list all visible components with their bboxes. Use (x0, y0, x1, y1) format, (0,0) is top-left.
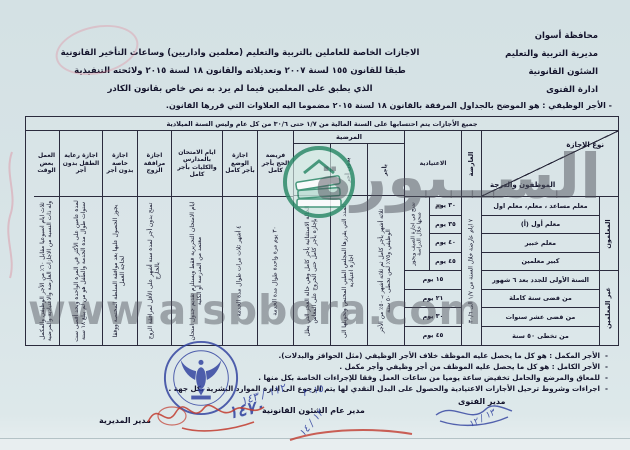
group-non-teachers: غير المعلمين (600, 271, 618, 345)
signature-scribble-icon (432, 399, 518, 429)
regular-days-cell: ١٥ يوم (405, 271, 461, 290)
diagonal-label-employees-grade: الموظفون والدرجة (490, 181, 555, 189)
table-row: معلم خبير (482, 234, 599, 253)
sick-paid-subcolumn: بأجر ثلاثة أشهر بأجر كامل ثم ثلاثة أشهر … (367, 144, 404, 345)
table-row: معلم مساعد ، معلم، معلم اول (482, 197, 599, 216)
table-row: من تخطى ٥٠ سنة (482, 327, 599, 346)
functional-wage-note: - الأجر الوظيفي : هو الموضح بالجداول الم… (12, 101, 612, 110)
column-child-care-leave: اجازة رعاية الطفل بدون أجر لمدة عامين عل… (59, 131, 102, 345)
regular-days-cell: ٤٥ يوم (429, 253, 461, 272)
column-spouse-accompaniment: اجازة مرافقة الزوج تمنح بدون أجر لمدة ست… (137, 131, 171, 345)
signature-scribble-icon (142, 394, 272, 438)
special-unpaid-cell: يجوز الحصول عليها بعد موافقة السلطة المخ… (103, 197, 137, 345)
org-line-directorate: مديرية التربية والتعليم (448, 45, 598, 63)
scanned-document: محافظة أسوان مديرية التربية والتعليم الش… (0, 0, 630, 450)
casual-leave-header: العارضة (462, 131, 481, 197)
org-line-legal-affairs: الشئون القانونية (448, 63, 598, 81)
title-line-3: الذي يطبق على المعلمين فيما لم يرد به نص… (30, 80, 450, 98)
bullet-dash: - (605, 373, 608, 382)
sick-paid-cell: ثلاثة أشهر بأجر كامل ثم ثلاثة أشهر بـ ٥٠… (368, 196, 404, 345)
table-row: من قضى سنة كاملة (482, 290, 599, 309)
regular-leave-summer-note: تمنح في اجازة الصيف ويجوز منحها خلال الد… (405, 197, 429, 271)
column-part-time-work: العمل بعض الوقت ثلاث ايام اسبوعيا مقابل … (34, 131, 59, 345)
table-row: كبير معلمين (482, 253, 599, 272)
table-row: السنة الأولى للجدد بعد ٦ شهور (482, 271, 599, 290)
note-text: للمعاق والمرضع والحامل تخفيض ساعة يوميا … (258, 373, 600, 382)
group-teachers: المعلمون (600, 197, 618, 271)
regular-days-cell: ٣٠ يوم (405, 308, 461, 327)
casual-leave-cell: ٧ ايام عارضة خلال السنة من ١/٧ الى ٣٠/٦ (462, 197, 481, 345)
row-labels: معلم مساعد ، معلم، معلم اول معلم أول (أ)… (482, 197, 599, 345)
spouse-accompaniment-header: اجازة مرافقة الزوج (138, 131, 171, 197)
column-maternity-leave: اجازة الوضع بأجر كامل ٤ أشهر ثلاث مرات ط… (222, 131, 257, 345)
sick-paid-subheader: بأجر (368, 144, 404, 196)
row-label-body: المعلمون غير المعلمين معلم مساعد ، معلم،… (482, 197, 618, 345)
alsbbora-logo-icon (282, 139, 356, 225)
child-care-header: اجازة رعاية الطفل بدون أجر (60, 131, 102, 197)
regular-days-cell: ٤٠ يوم (429, 234, 461, 253)
diagonal-header-cell: نوع الاجازة الموظفون والدرجة (482, 131, 618, 197)
faint-ink-mark-icon (2, 150, 22, 280)
column-leave-type: نوع الاجازة الموظفون والدرجة المعلمون غي… (481, 131, 618, 345)
regular-days-cell: ٣٥ يوم (429, 216, 461, 235)
exam-days-cell: ايام الامتحان التحريرية فقط ويستلزم تقدي… (172, 197, 222, 345)
part-time-cell: ثلاث ايام اسبوعيا مقابل ٦٠٪ من الأجر الو… (34, 197, 59, 345)
spouse-accompaniment-cell: تمنح بدون أجر لمدة ستة أشهر على الأقل لم… (138, 197, 171, 345)
exam-days-header: ايام الامتحان بالمدارس والكليات بأجر كام… (172, 131, 222, 197)
child-care-cell: لمدة عامين على الأكثر في المرة الواحدة و… (60, 197, 102, 345)
org-line-governorate: محافظة أسوان (448, 27, 598, 45)
column-exam-days: ايام الامتحان بالمدارس والكليات بأجر كام… (171, 131, 222, 345)
note-text: الأجر الكامل : هو كل ما يحصل عليه الموظف… (339, 362, 600, 371)
column-casual-leave: العارضة ٧ ايام عارضة خلال السنة من ١/٧ ا… (461, 131, 481, 345)
fiscal-year-note: جميع الأجازات يتم احتسابها على السنة الم… (26, 117, 618, 131)
group-column: المعلمون غير المعلمين (599, 197, 618, 345)
special-unpaid-header: اجازة خاصة بدون أجر (103, 131, 137, 197)
bullet-dash: - (605, 362, 608, 371)
regular-days-cell: ٢١ يوم (405, 290, 461, 309)
table-row: معلم أول (أ) (482, 216, 599, 235)
column-special-unpaid-leave: اجازة خاصة بدون أجر يجوز الحصول عليها بع… (102, 131, 137, 345)
part-time-header: العمل بعض الوقت (34, 131, 59, 197)
bullet-dash: - (605, 351, 608, 360)
regular-leave-body: ٣٠ يوم ٣٥ يوم ٤٠ يوم ٤٥ يوم تمنح في اجاز… (405, 197, 461, 345)
bullet-dash: - (605, 384, 608, 393)
maternity-cell: ٤ أشهر ثلاث مرات طوال مدة الخدمة (223, 197, 257, 345)
diagonal-label-leave-type: نوع الاجازة (566, 141, 604, 149)
column-regular-leave: الاعتيادية ٣٠ يوم ٣٥ يوم ٤٠ يوم ٤٥ يوم ت… (404, 131, 461, 345)
regular-days-cell: ٤٥ يوم (405, 327, 461, 346)
org-block: محافظة أسوان مديرية التربية والتعليم الش… (448, 27, 598, 99)
red-ink-mark-icon (286, 424, 416, 446)
regular-leave-header: الاعتيادية (405, 131, 461, 197)
regular-days-cell: ٣٠ يوم (429, 197, 461, 216)
org-line-fatwa-dept: ادارة الفتوى (448, 81, 598, 99)
table-row: من قضى عشر سنوات (482, 308, 599, 327)
note-text: الأجر المكمل : هو كل ما يحصل عليه الموظف… (279, 351, 600, 360)
maternity-header: اجازة الوضع بأجر كامل (223, 131, 257, 197)
